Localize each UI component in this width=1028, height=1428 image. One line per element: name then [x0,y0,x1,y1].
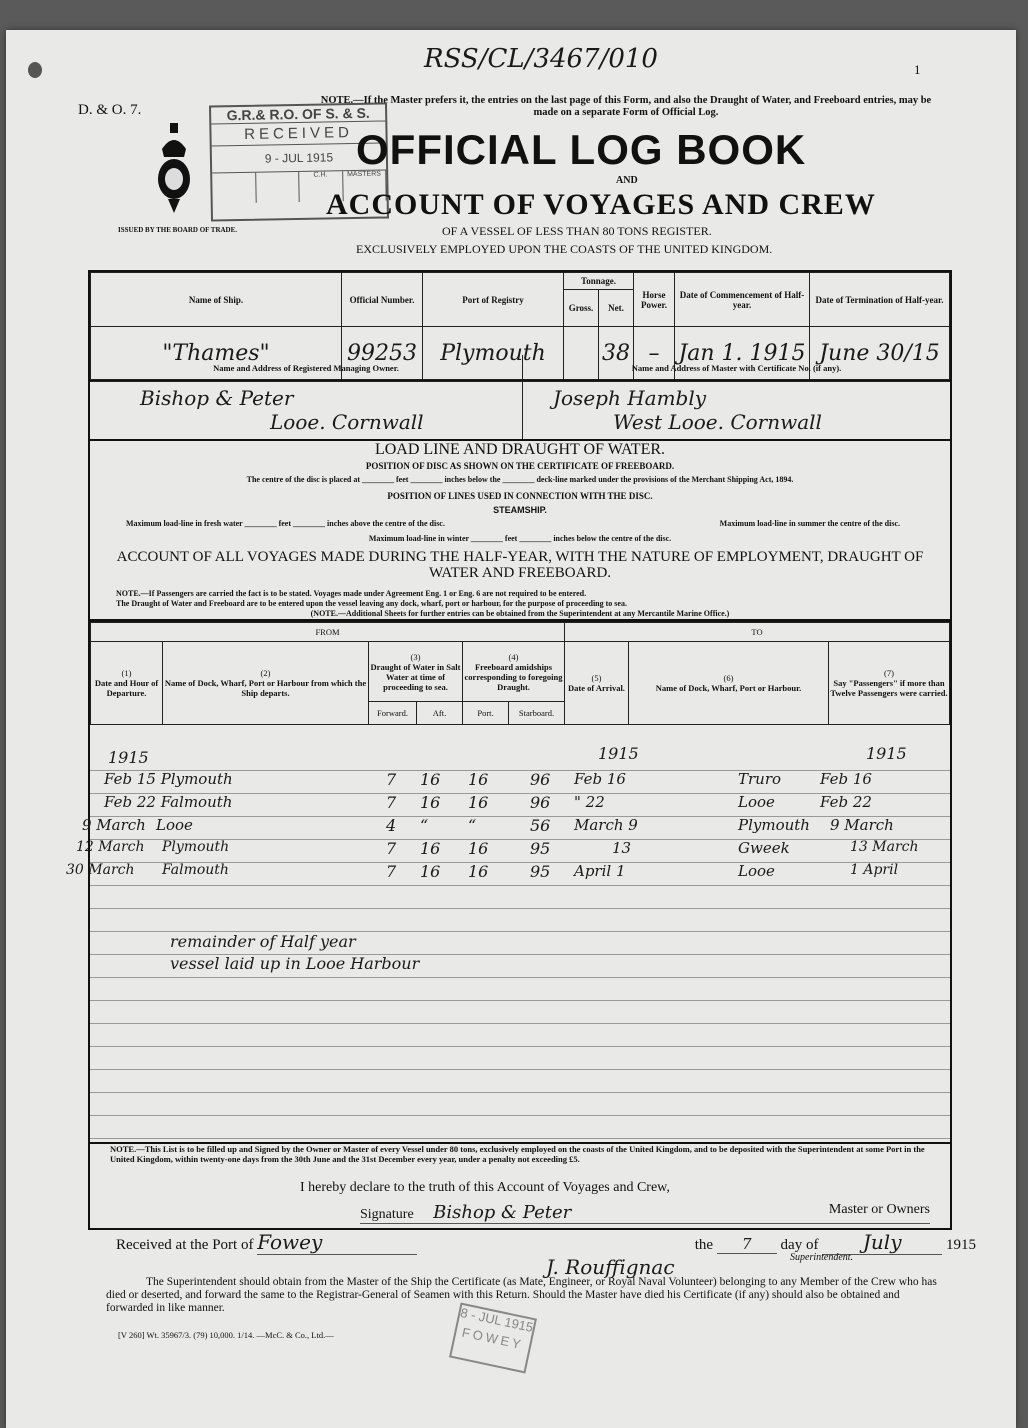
header-net: Net. [599,290,634,327]
header-gross: Gross. [564,290,599,327]
subcol-forward: Forward. [369,702,417,725]
received-year: 1915 [946,1237,976,1253]
footer-note: NOTE.—This List is to be filled up and S… [90,1140,950,1164]
note-passengers: NOTE.—If Passengers are carried the fact… [90,589,976,598]
superintendent-instruction: The Superintendent should obtain from th… [106,1276,946,1315]
received-port: Fowey [257,1230,417,1255]
header-horse-power: Horse Power. [634,273,675,327]
winter-line: Maximum load-line in winter ________ fee… [90,534,950,543]
voyages-table: FROMTO (1)Date and Hour of Departure. (2… [88,620,952,1144]
signature-line: Signature Bishop & Peter Master or Owner… [360,1202,930,1224]
col-departure-port: Name of Dock, Wharf, Port or Harbour fro… [163,678,368,698]
printer-imprint: [V 260] Wt. 35967/3. (79) 10,000. 1/14. … [118,1330,334,1340]
subtitle-tonnage: OF A VESSEL OF LESS THAN 80 TONS REGISTE… [442,224,712,239]
disc-text: The centre of the disc is placed at ____… [90,475,950,484]
declaration: I hereby declare to the truth of this Ac… [300,1180,670,1196]
header-termination: Date of Termination of Half-year. [810,273,950,327]
col-arrival-date: Date of Arrival. [565,683,628,693]
page-number: 1 [914,62,921,78]
remark-line2: vessel laid up in Looe Harbour [170,954,419,973]
account-heading: ACCOUNT OF ALL VOYAGES MADE DURING THE H… [90,549,950,581]
subcol-port: Port. [463,702,509,725]
subcol-aft: Aft. [417,702,463,725]
master-name: Joseph Hambly [523,382,950,410]
note-additional-sheets: (NOTE.—Additional Sheets for further ent… [90,609,950,618]
owner-signature: Bishop & Peter [433,1202,571,1223]
col-departure-date: Date and Hour of Departure. [91,678,162,698]
note-draught: The Draught of Water and Freeboard are t… [90,599,976,608]
royal-crest-icon [156,123,192,215]
owner-name: Bishop & Peter [90,382,522,410]
footer-note-section: NOTE.—This List is to be filled up and S… [88,1140,952,1230]
owner-address: Looe. Cornwall [90,410,522,434]
page-title: OFFICIAL LOG BOOK [356,126,806,174]
from-header: FROM [91,623,565,642]
disc-heading: POSITION OF DISC AS SHOWN ON THE CERTIFI… [90,461,950,471]
col-freeboard: Freeboard amidships corresponding to for… [463,662,564,692]
col-passengers: Say "Passengers" if more than Twelve Pas… [829,678,949,698]
header-port: Port of Registry [423,273,564,327]
to-header: TO [565,623,950,642]
master-address: West Looe. Cornwall [523,410,950,434]
issued-by: ISSUED BY THE BOARD OF TRADE. [118,226,237,234]
steamship-label: STEAMSHIP. [90,505,950,515]
punch-hole [28,62,42,78]
page-subtitle: ACCOUNT OF VOYAGES AND CREW [326,188,876,222]
remark-line1: remainder of Half year [170,932,356,951]
header-ship-name: Name of Ship. [91,273,342,327]
log-book-page: RSS/CL/3467/010 1 D. & O. 7. NOTE.—If th… [6,30,1016,1428]
col-arrival-port: Name of Dock, Wharf, Port or Harbour. [629,683,828,693]
master-label: Name and Address of Master with Certific… [523,355,950,382]
header-official-number: Official Number. [342,273,423,327]
ruled-entry-area: 1915 1915 1915 Feb 15 Plymouth 7 16 16 9… [90,748,950,1142]
header-tonnage: Tonnage. [564,273,634,290]
year-arrival: 1915 [598,744,639,763]
subtitle-coasts: EXCLUSIVELY EMPLOYED UPON THE COASTS OF … [356,242,772,257]
load-line-section: LOAD LINE AND DRAUGHT OF WATER. POSITION… [88,439,952,621]
col-draught: Draught of Water in Salt Water at time o… [369,662,462,692]
lines-heading: POSITION OF LINES USED IN CONNECTION WIT… [90,491,950,501]
owner-master-section: Name and Address of Registered Managing … [88,355,952,441]
year-col7: 1915 [866,744,907,763]
header-commencement: Date of Commencement of Half-year. [675,273,810,327]
received-day: 7 [717,1235,777,1254]
superintendent-label: Superintendent. [790,1252,853,1263]
subcol-starboard: Starboard. [509,702,565,725]
title-and: AND [616,175,638,186]
archive-reference: RSS/CL/3467/010 [424,44,658,74]
signature-label: Signature [360,1207,414,1222]
year-departure: 1915 [108,748,149,767]
top-note: NOTE.—If the Master prefers it, the entr… [316,95,936,119]
summer-line: Maximum load-line in summer the centre o… [90,519,950,528]
form-code: D. & O. 7. [78,102,141,119]
owner-label: Name and Address of Registered Managing … [90,355,522,382]
signer-role: Master or Owners [829,1202,930,1218]
load-line-title: LOAD LINE AND DRAUGHT OF WATER. [90,441,950,459]
